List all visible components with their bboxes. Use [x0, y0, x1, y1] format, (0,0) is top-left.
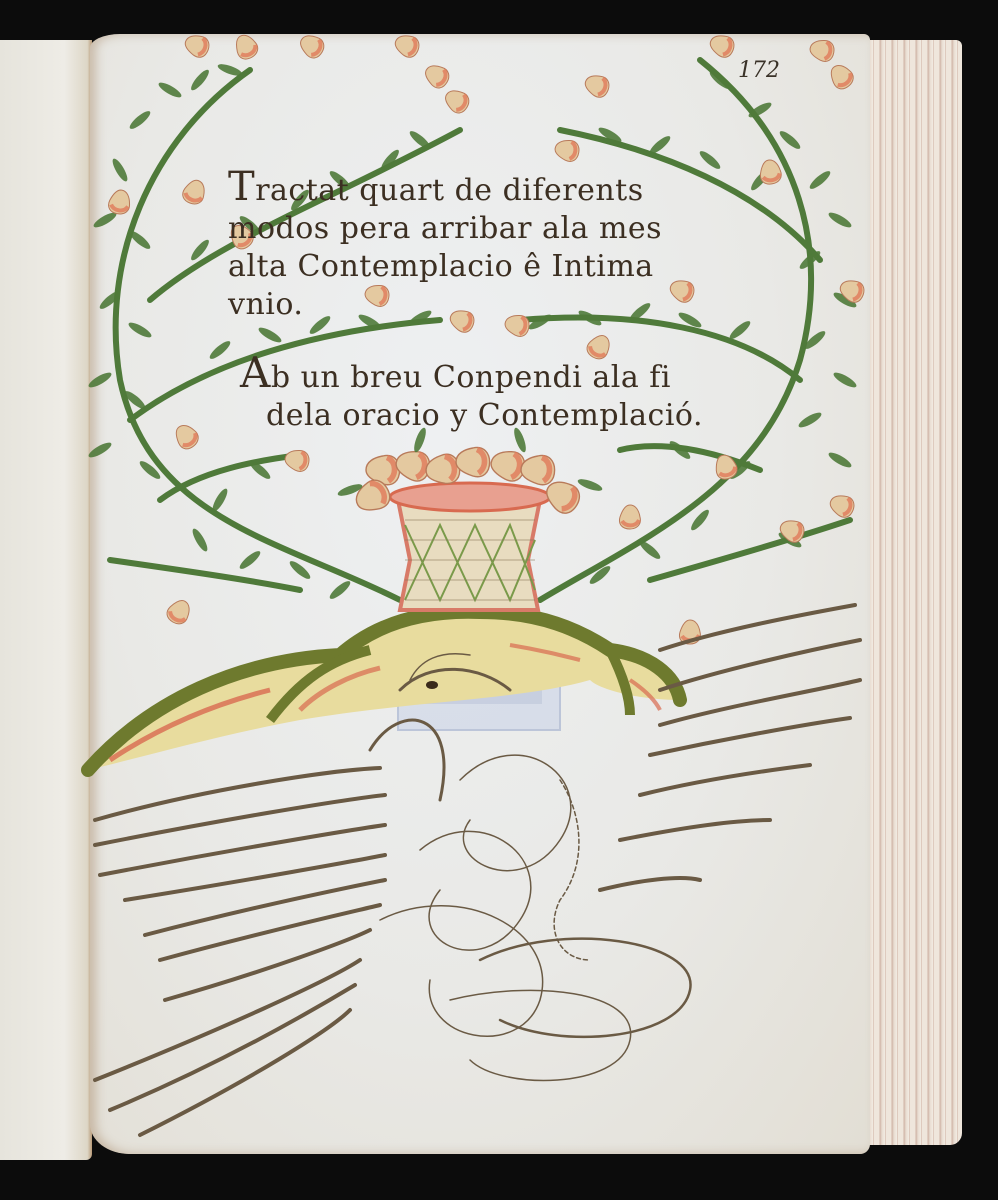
treatise-title: Tractat quart de diferents modos pera ar… [228, 168, 768, 324]
title-line: vnio. [228, 286, 768, 324]
basket-of-pears [336, 426, 603, 610]
manuscript-photo: 172 Tractat quart de diferents modos per… [0, 0, 998, 1200]
title-line: Tractat quart de diferents [228, 168, 768, 210]
subtitle-line: Ab un breu Conpendi ala fi [240, 354, 800, 397]
title-line: modos pera arribar ala mes [228, 210, 768, 248]
treatise-subtitle: Ab un breu Conpendi ala fi dela oracio y… [240, 354, 800, 435]
mound [88, 612, 680, 770]
title-line: alta Contemplacio ê Intima [228, 248, 768, 286]
left-branch-leaves [87, 62, 434, 602]
subtitle-line: dela oracio y Contemplació. [240, 397, 800, 435]
folio-number: 172 [738, 58, 780, 83]
